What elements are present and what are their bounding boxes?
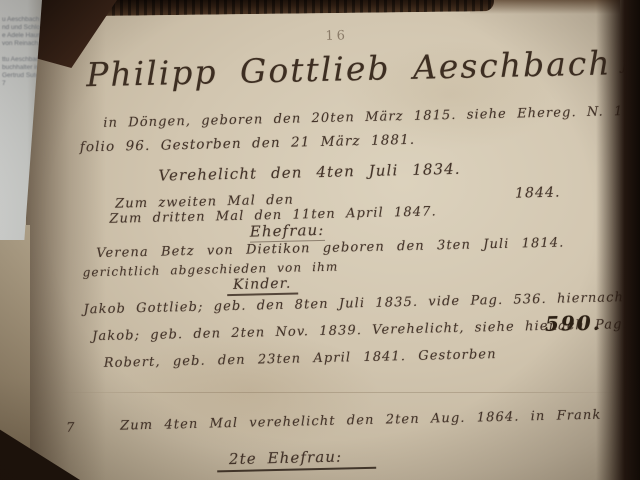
birth-line: in Döngen, geboren den 20ten März 1815. … xyxy=(103,104,629,131)
wife-line: Verena Betz von Dietikon geboren den 3te… xyxy=(96,235,565,261)
entry-title: Philipp Gottlieb AeschbachJakobs xyxy=(86,42,640,94)
divorce-note-line: gerichtlich abgeschieden von ihm xyxy=(83,260,339,280)
fourth-marriage-line: Zum 4ten Mal verehelicht den 2ten Aug. 1… xyxy=(120,408,602,434)
margin-label-line: u Aeschbach xyxy=(2,16,42,24)
margin-label-line: ttu Aeschbach xyxy=(2,56,42,64)
margin-note-number: 7 xyxy=(66,421,76,436)
margin-label-line: nd und Schlosser in Reinach xyxy=(2,24,42,32)
entry-title-name: Philipp Gottlieb Aeschbach xyxy=(86,43,612,94)
margin-label-line: e Adele Hauri xyxy=(2,32,42,40)
children-heading: Kinder. xyxy=(227,276,298,297)
first-marriage-line: Verehelicht den 4ten Juli 1834. xyxy=(158,160,461,185)
second-marriage-year: 1844. xyxy=(515,185,561,202)
book-right-edge-shadow xyxy=(596,0,640,480)
wife-heading: Ehefrau: xyxy=(250,221,325,243)
margin-label-line: von Reinach xyxy=(2,40,42,48)
child-page-reference: 590. xyxy=(545,311,602,336)
handwritten-register-entry: 16 Philipp Gottlieb AeschbachJakobs in D… xyxy=(0,0,640,480)
margin-label-line: buchhalter in Reinach xyxy=(2,64,42,72)
margin-label-line: Gertrud Suter xyxy=(2,72,42,80)
death-line: folio 96. Gestorben den 21 März 1881. xyxy=(80,132,416,156)
margin-label-text: u Aeschbach nd und Schlosser in Reinach … xyxy=(2,16,42,88)
manuscript-photo: u Aeschbach nd und Schlosser in Reinach … xyxy=(0,0,640,480)
child-entry-line: Robert, geb. den 23ten April 1841. Gesto… xyxy=(104,347,497,371)
page-number: 16 xyxy=(325,28,348,44)
second-wife-heading: 2te Ehefrau: xyxy=(217,447,377,473)
